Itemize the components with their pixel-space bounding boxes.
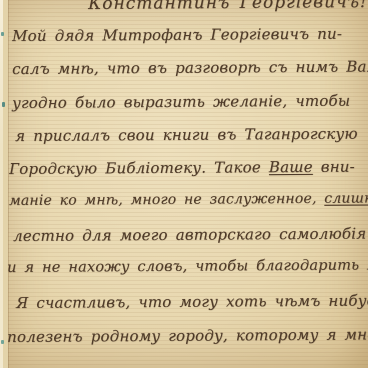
letter-scan: Константинъ Георгіевичъ! Мой дядя Митроф… [0,0,368,368]
letter-line: полезенъ родному городу, которому я мно- [7,325,368,346]
letter-line: Я счастливъ, что могу хоть чѣмъ нибудь б… [16,291,368,312]
letter-line: и я не нахожу словъ, чтобы благодарить В… [7,257,368,276]
edge-speck [2,102,5,107]
letter-line: я прислалъ свои книги въ Таганрогскую [15,125,358,145]
underlined-word: слишкомъ [324,190,368,207]
letter-line: Мой дядя Митрофанъ Георгіевичъ пи- [12,25,342,45]
page-edge-line [8,0,9,368]
letter-line: лестно для моего авторскаго самолюбія [13,225,366,245]
underlined-word: Ваше [269,158,313,176]
letter-line: маніе ко мнѣ, много не заслуженное, слиш… [9,190,368,209]
edge-speck [1,340,4,344]
letter-line: угодно было выразить желаніе, чтобы [12,92,350,112]
edge-speck [1,32,4,36]
letter-line: Городскую Библіотеку. Такое Ваше вни- [9,158,355,178]
letter-heading: Константинъ Георгіевичъ! [88,0,368,14]
letter-line: салъ мнѣ, что въ разговорѣ съ нимъ Вамъ [12,57,368,78]
